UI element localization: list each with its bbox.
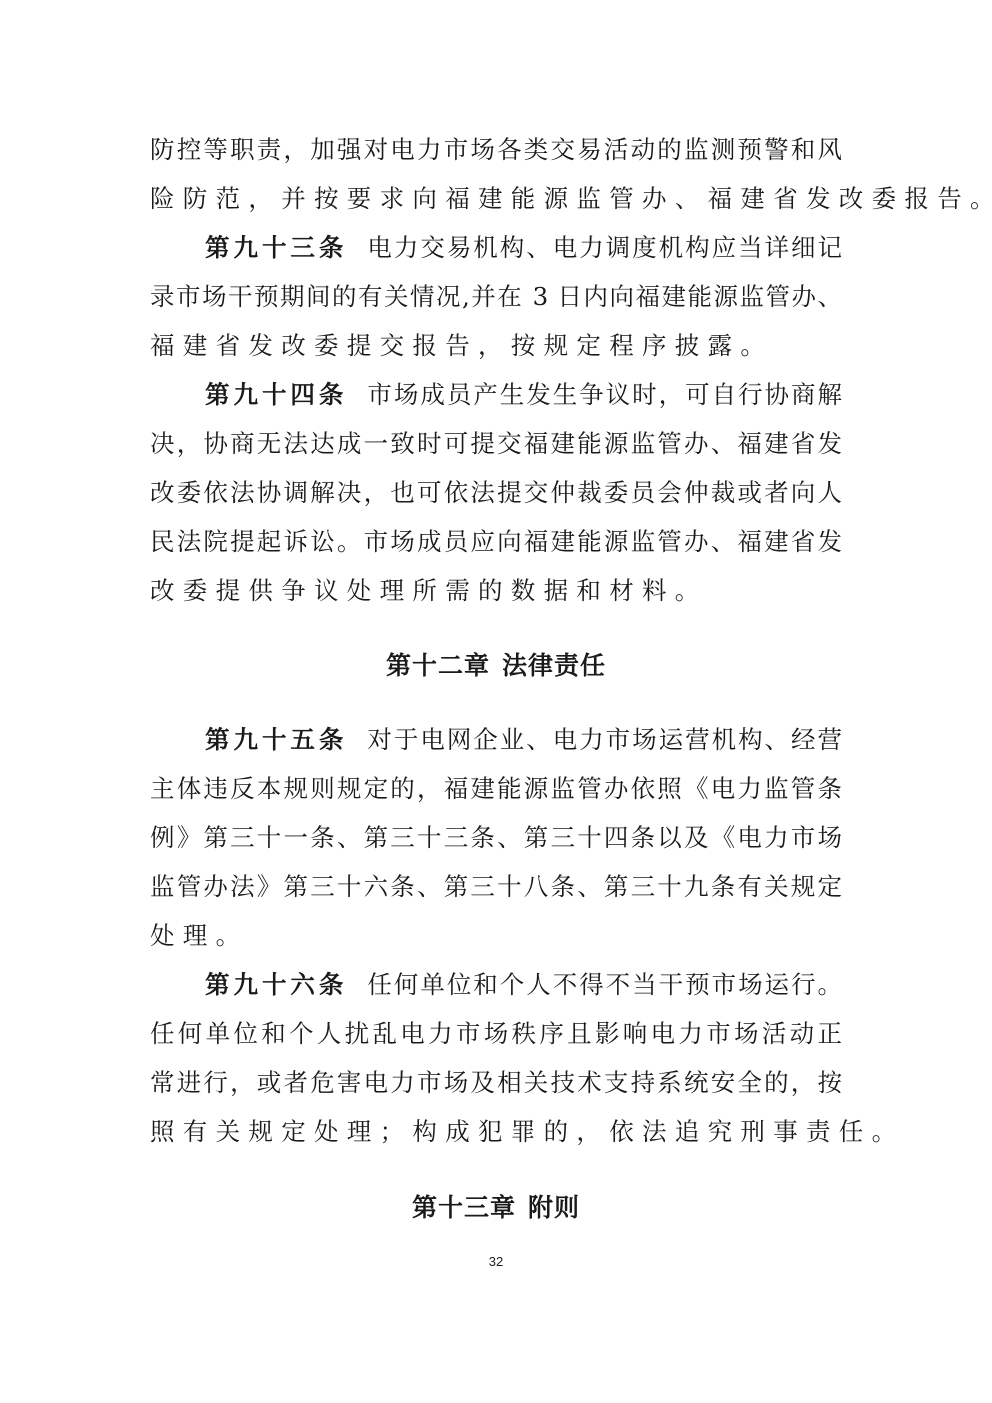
article-text: 电力交易机构、电力调度机构应当详细记 <box>367 233 842 262</box>
chapter-title: 法律责任 <box>502 651 606 680</box>
article-label: 第九十三条 <box>205 233 347 262</box>
article-94-first-line: 第九十四条市场成员产生发生争议时，可自行协商解 <box>205 375 842 415</box>
paragraph-line: 民法院提起诉讼。市场成员应向福建能源监管办、福建省发 <box>150 522 842 562</box>
chapter-heading: 第十二章法律责任 <box>0 646 992 686</box>
article-95-first-line: 第九十五条对于电网企业、电力市场运营机构、经营 <box>205 720 842 760</box>
chapter-number: 第十二章 <box>386 651 490 680</box>
paragraph-line: 改委提供争议处理所需的数据和材料。 <box>150 571 842 611</box>
paragraph-line: 防控等职责，加强对电力市场各类交易活动的监测预警和风 <box>150 130 842 170</box>
chapter-title: 附则 <box>528 1193 580 1222</box>
paragraph-line: 监管办法》第三十六条、第三十八条、第三十九条有关规定 <box>150 867 842 907</box>
paragraph-line: 处理。 <box>150 916 842 956</box>
paragraph-line: 主体违反本规则规定的，福建能源监管办依照《电力监管条 <box>150 769 842 809</box>
article-label: 第九十五条 <box>205 725 347 754</box>
article-93-first-line: 第九十三条电力交易机构、电力调度机构应当详细记 <box>205 228 842 268</box>
paragraph-line: 福建省发改委提交报告，按规定程序披露。 <box>150 326 842 366</box>
chapter-heading: 第十三章附则 <box>0 1188 992 1228</box>
paragraph-line: 险防范，并按要求向福建能源监管办、福建省发改委报告。 <box>150 179 842 219</box>
article-text: 任何单位和个人不得不当干预市场运行。 <box>367 970 842 999</box>
paragraph-line: 例》第三十一条、第三十三条、第三十四条以及《电力市场 <box>150 818 842 858</box>
paragraph-line: 任何单位和个人扰乱电力市场秩序且影响电力市场活动正 <box>150 1014 842 1054</box>
paragraph-line: 改委依法协调解决，也可依法提交仲裁委员会仲裁或者向人 <box>150 473 842 513</box>
paragraph-line: 决，协商无法达成一致时可提交福建能源监管办、福建省发 <box>150 424 842 464</box>
paragraph-line: 录市场干预期间的有关情况,并在 3 日内向福建能源监管办、 <box>150 277 842 317</box>
article-text: 市场成员产生发生争议时，可自行协商解 <box>367 380 842 409</box>
chapter-number: 第十三章 <box>412 1193 516 1222</box>
article-text: 对于电网企业、电力市场运营机构、经营 <box>367 725 842 754</box>
paragraph-line: 照有关规定处理；构成犯罪的，依法追究刑事责任。 <box>150 1112 842 1152</box>
paragraph-line: 常进行，或者危害电力市场及相关技术支持系统安全的，按 <box>150 1063 842 1103</box>
article-96-first-line: 第九十六条任何单位和个人不得不当干预市场运行。 <box>205 965 842 1005</box>
page-number: 32 <box>0 1254 992 1270</box>
document-page: 防控等职责，加强对电力市场各类交易活动的监测预警和风 险防范，并按要求向福建能源… <box>0 0 992 1403</box>
article-label: 第九十四条 <box>205 380 347 409</box>
article-label: 第九十六条 <box>205 970 347 999</box>
